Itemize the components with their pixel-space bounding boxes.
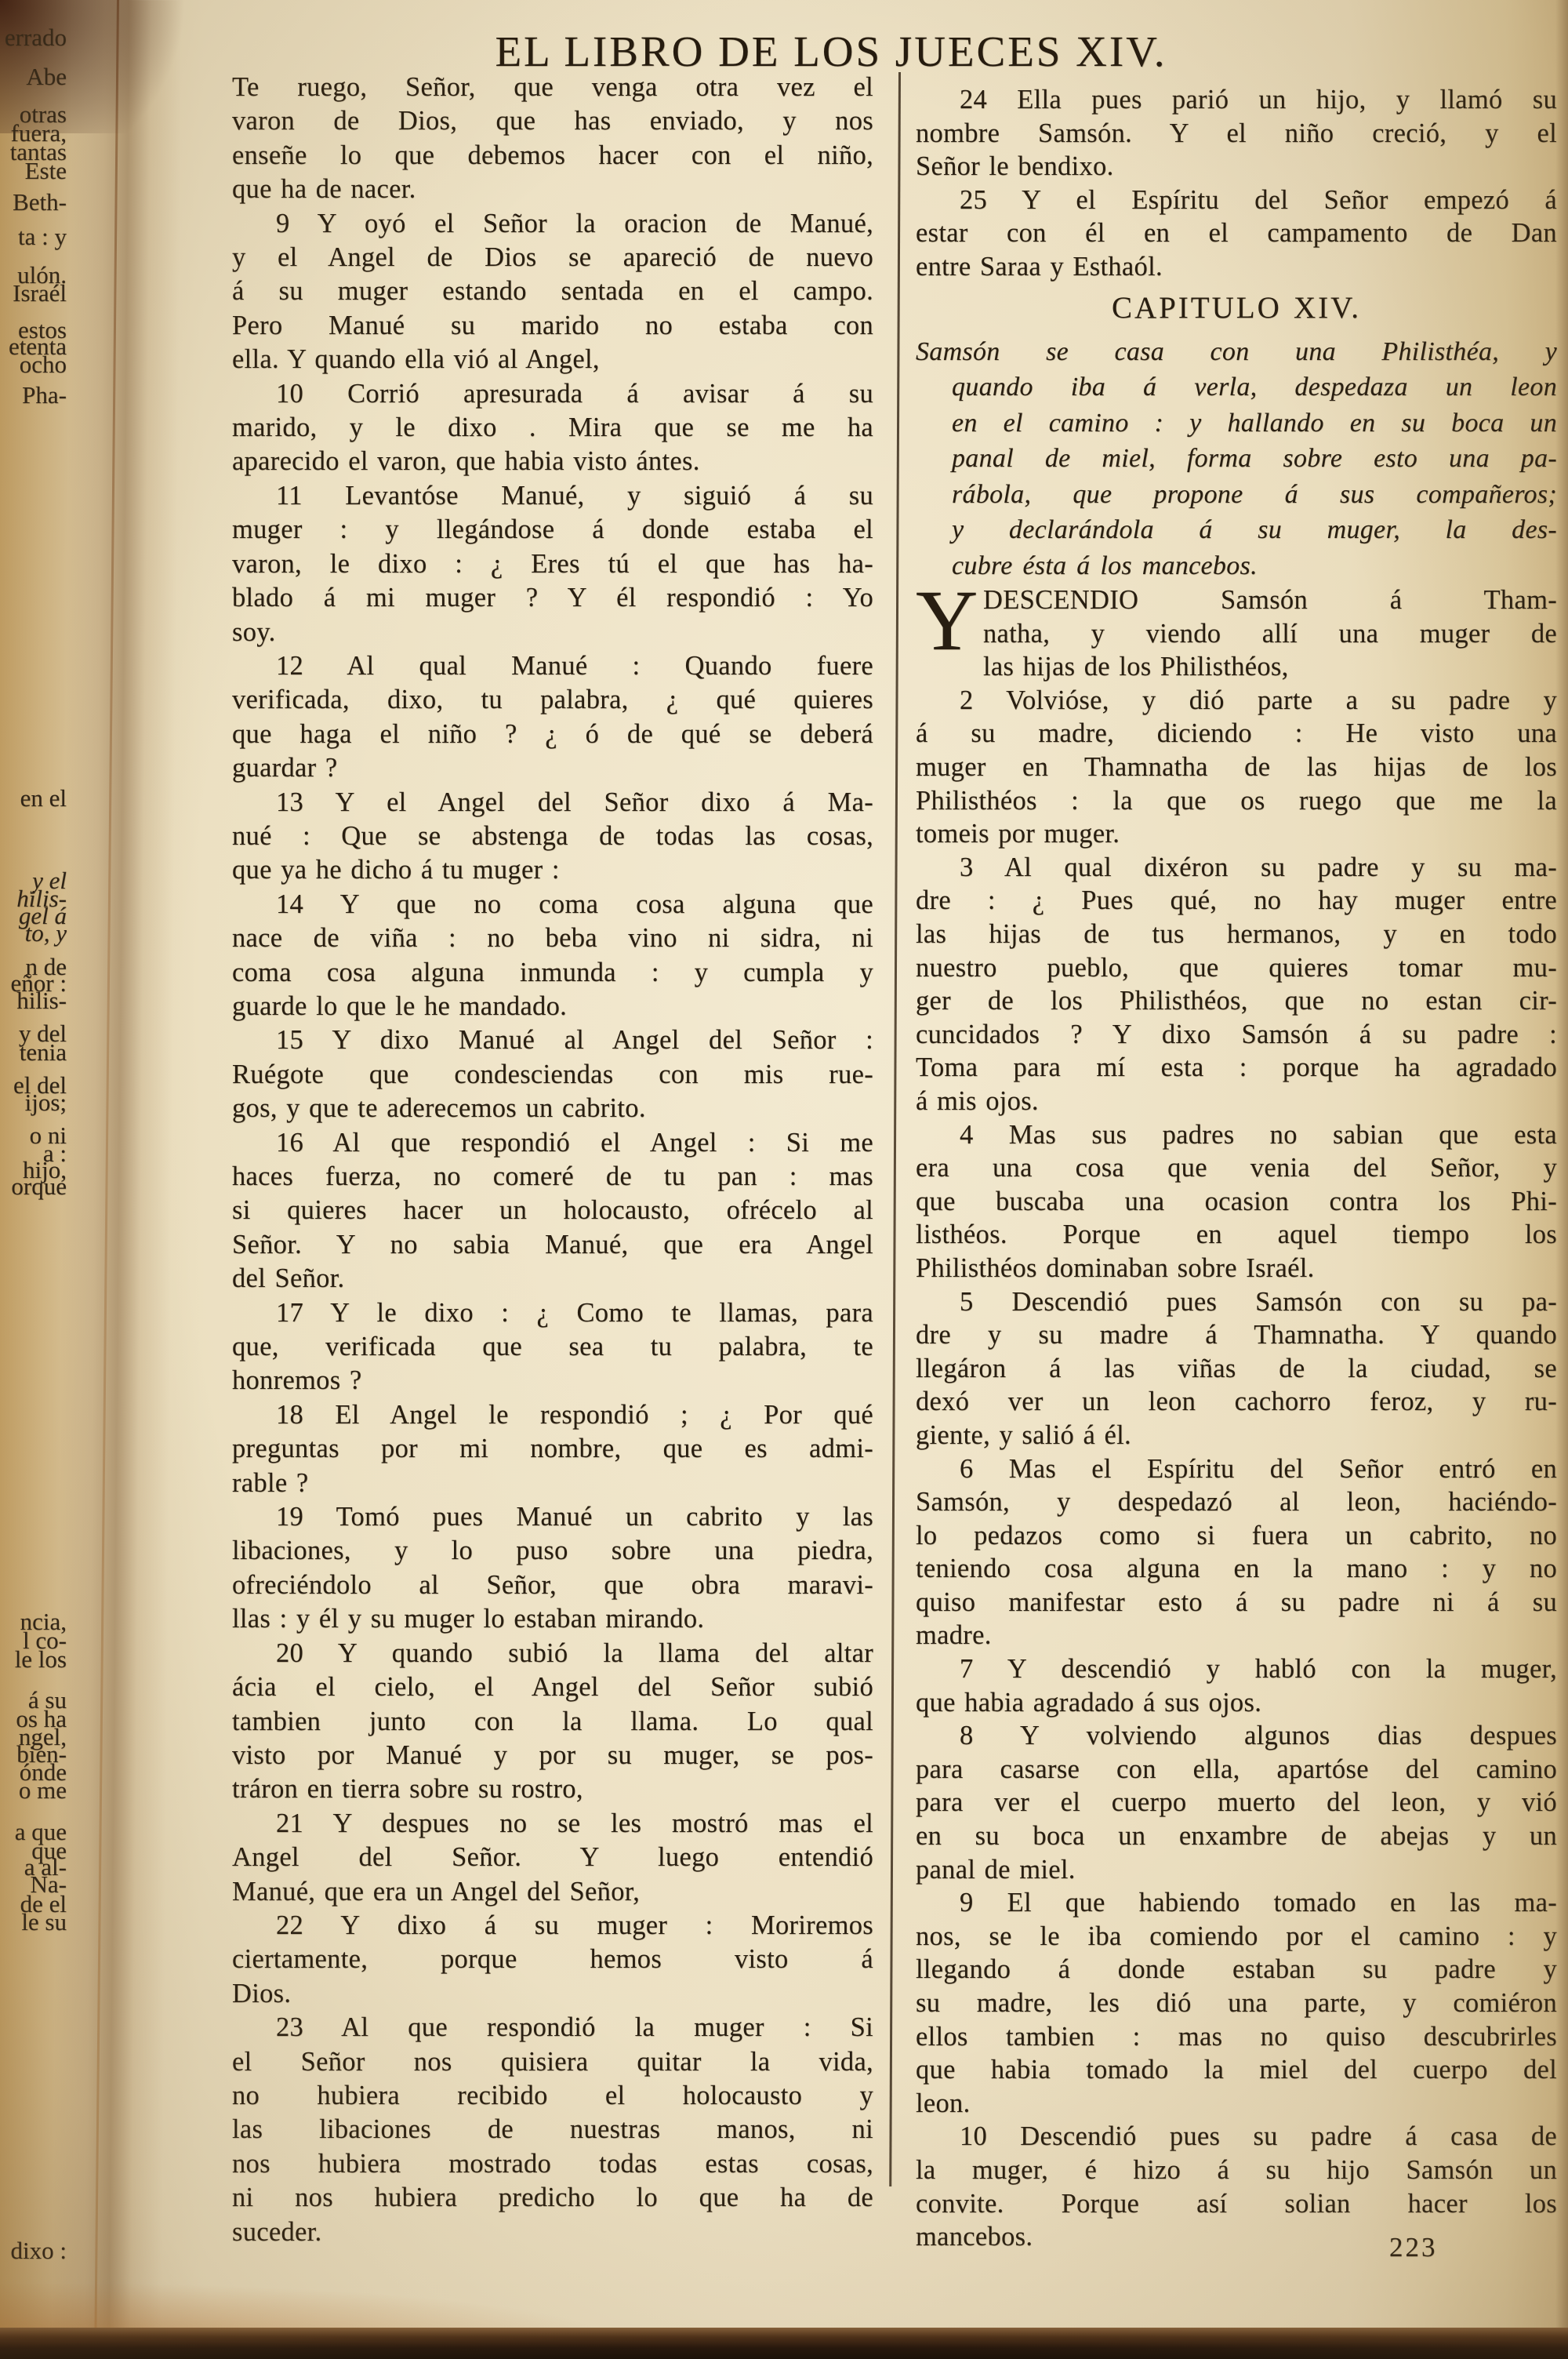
margin-fragment: le los xyxy=(15,1645,67,1674)
text-line: leon. xyxy=(916,2087,1557,2121)
text-line: 10 Descendió pues su padre á casa de xyxy=(916,2120,1557,2154)
text-line: ger de los Philisthéos, que no estan cir… xyxy=(916,984,1557,1018)
text-line: 16 Al que respondió el Angel : Si me xyxy=(232,1126,873,1160)
text-line: Manué, que era un Angel del Señor, xyxy=(232,1875,873,1909)
verse-paragraph: 20 Y quando subió la llama del altarácia… xyxy=(232,1637,873,1807)
verse-paragraph: 11 Levantóse Manué, y siguió á sumuger :… xyxy=(232,479,873,649)
text-line: verificada, dixo, tu palabra, ¿ qué quie… xyxy=(232,683,873,717)
text-line: si quieres hacer un holocausto, ofrécelo… xyxy=(232,1194,873,1227)
verse-paragraph: 12 Al qual Manué : Quando fuereverificad… xyxy=(232,649,873,786)
text-line: Ruégote que condesciendas con mis rue- xyxy=(232,1058,873,1092)
text-line: soy. xyxy=(232,616,873,649)
text-line: 24 Ella pues parió un hijo, y llamó su xyxy=(916,83,1557,117)
text-line: marido, y le dixo . Mira que se me ha xyxy=(232,411,873,445)
verse-paragraph: 21 Y despues no se les mostró mas elAnge… xyxy=(232,1807,873,1909)
text-line: para casarse con ella, apartóse del cami… xyxy=(916,1753,1557,1787)
text-line: 19 Tomó pues Manué un cabrito y las xyxy=(232,1500,873,1534)
text-line: las hijas de los Philisthéos, xyxy=(916,650,1557,684)
text-line: DESCENDIO Samsón á Tham- xyxy=(916,583,1557,617)
margin-fragment: Israél xyxy=(13,279,67,307)
verse-paragraph: 25 Y el Espíritu del Señor empezó áestar… xyxy=(916,184,1557,284)
text-line: teniendo cosa alguna en la mano : y no xyxy=(916,1552,1557,1586)
text-line: ellos tambien : mas no quiso descubrirle… xyxy=(916,2020,1557,2054)
text-line: estar con él en el campamento de Dan xyxy=(916,216,1557,250)
text-line: que ha de nacer. xyxy=(232,173,873,206)
text-line: que habia tomado la miel del cuerpo del xyxy=(916,2053,1557,2087)
text-line: que, verificada que sea tu palabra, te xyxy=(232,1330,873,1364)
text-line: varon, le dixo : ¿ Eres tú el que has ha… xyxy=(232,547,873,581)
text-line: 2 Volvióse, y dió parte a su padre y xyxy=(916,684,1557,718)
text-line: haces fuerza, no comeré de tu pan : mas xyxy=(232,1160,873,1194)
verse-paragraph: 13 Y el Angel del Señor dixo á Ma-nué : … xyxy=(232,786,873,888)
right-edge-shadow xyxy=(1555,0,1568,2359)
text-line: que ya he dicho á tu muger : xyxy=(232,853,873,887)
text-line: 22 Y dixo á su muger : Moriremos xyxy=(232,1909,873,1943)
text-line: que habia agradado á sus ojos. xyxy=(916,1686,1557,1720)
margin-fragment: ijos; xyxy=(25,1089,67,1117)
text-line: 9 El que habiendo tomado en las ma- xyxy=(916,1886,1557,1920)
text-line: 9 Y oyó el Señor la oracion de Manué, xyxy=(232,207,873,241)
text-line: la muger, é hizo á su hijo Samsón un xyxy=(916,2154,1557,2187)
text-line: Señor le bendixo. xyxy=(916,150,1557,184)
text-line: llegáron á las viñas de la ciudad, se xyxy=(916,1352,1557,1386)
text-line: llegando á donde estaban su padre y xyxy=(916,1953,1557,1986)
drop-cap: Y xyxy=(916,588,972,654)
margin-fragment: Beth- xyxy=(13,188,67,216)
text-line: Dios. xyxy=(232,1977,873,2011)
text-line: á su madre, diciendo : He visto una xyxy=(916,717,1557,751)
text-line: aparecido el varon, que habia visto ánte… xyxy=(232,445,873,478)
text-line: guardar ? xyxy=(232,751,873,785)
text-line: nué : Que se abstenga de todas las cosas… xyxy=(232,820,873,853)
left-column: Te ruego, Señor, que venga otra vez elva… xyxy=(232,71,873,2249)
gutter-shadow xyxy=(52,0,182,2359)
text-line: nuestro pueblo, que quieres tomar mu- xyxy=(916,951,1557,985)
text-line: Samsón se casa con una Philisthéa, y xyxy=(916,334,1557,370)
margin-fragment: Pha- xyxy=(22,381,67,409)
text-line: en el camino : y hallando en su boca un xyxy=(952,405,1557,442)
text-line: 10 Corrió apresurada á avisar á su xyxy=(232,377,873,411)
text-line: dre y su madre á Thamnatha. Y quando xyxy=(916,1318,1557,1352)
text-line: 21 Y despues no se les mostró mas el xyxy=(232,1807,873,1841)
text-line: del Señor. xyxy=(232,1262,873,1296)
text-line: á su muger estando sentada en el campo. xyxy=(232,274,873,308)
verse-paragraph: 9 El que habiendo tomado en las ma-nos, … xyxy=(916,1886,1557,2120)
text-line: gos, y que te aderecemos un cabrito. xyxy=(232,1092,873,1125)
text-line: Pero Manué su marido no estaba con xyxy=(232,309,873,343)
text-line: listhéos. Porque en aquel tiempo los xyxy=(916,1218,1557,1252)
text-line: Angel del Señor. Y luego entendió xyxy=(232,1841,873,1874)
text-line: madre. xyxy=(916,1619,1557,1652)
verse-paragraph: 10 Descendió pues su padre á casa dela m… xyxy=(916,2120,1557,2253)
text-line: guarde lo que le he mandado. xyxy=(232,990,873,1023)
text-line: 12 Al qual Manué : Quando fuere xyxy=(232,649,873,683)
text-line: muger en Thamnatha de las hijas de los xyxy=(916,751,1557,784)
text-line: panal de miel. xyxy=(916,1853,1557,1887)
text-line: y el Angel de Dios se apareció de nuevo xyxy=(232,241,873,274)
text-line: tambien junto con la llama. Lo qual xyxy=(232,1705,873,1739)
text-line: convite. Porque así solian hacer los xyxy=(916,2187,1557,2221)
text-line: 20 Y quando subió la llama del altar xyxy=(232,1637,873,1670)
text-line: 15 Y dixo Manué al Angel del Señor : xyxy=(232,1023,873,1057)
text-line: 18 El Angel le respondió ; ¿ Por qué xyxy=(232,1398,873,1432)
text-line: Philisthéos : la que os ruego que me la xyxy=(916,784,1557,818)
page-number: 223 xyxy=(1389,2232,1438,2263)
text-line: que buscaba una ocasion contra los Phi- xyxy=(916,1185,1557,1219)
text-line: y declarándola á su muger, la des- xyxy=(952,512,1557,548)
verse-paragraph: 10 Corrió apresurada á avisar á sumarido… xyxy=(232,377,873,479)
text-line: rábola, que propone á sus compañeros; xyxy=(952,477,1557,513)
text-line: cuncidados ? Y dixo Samsón á su padre : xyxy=(916,1018,1557,1052)
text-line: era una cosa que venia del Señor, y xyxy=(916,1151,1557,1185)
text-line: dexó ver un leon cachorro feroz, y ru- xyxy=(916,1385,1557,1419)
text-line: para ver el cuerpo muerto del leon, y vi… xyxy=(916,1786,1557,1819)
text-line: ciertamente, porque hemos visto á xyxy=(232,1943,873,1976)
verse-paragraph: 17 Y le dixo : ¿ Como te llamas, paraque… xyxy=(232,1296,873,1398)
text-line: nos hubiera mostrado todas estas cosas, xyxy=(232,2147,873,2181)
margin-fragment: Este xyxy=(25,157,67,185)
verse-paragraph: 14 Y que no coma cosa alguna quenace de … xyxy=(232,888,873,1024)
text-line: suceder. xyxy=(232,2215,873,2249)
text-line: enseñe lo que debemos hacer con el niño, xyxy=(232,139,873,173)
text-line: el Señor nos quisiera quitar la vida, xyxy=(232,2045,873,2079)
text-line: ella. Y quando ella vió al Angel, xyxy=(232,343,873,376)
verse-paragraph: 23 Al que respondió la muger : Siel Seño… xyxy=(232,2011,873,2249)
margin-fragment: errado xyxy=(5,24,67,52)
text-line: 8 Y volviendo algunos dias despues xyxy=(916,1719,1557,1753)
text-line: su madre, les dió una parte, y comiéron xyxy=(916,1986,1557,2020)
text-line: preguntas por mi nombre, que es admi- xyxy=(232,1432,873,1466)
text-line: 25 Y el Espíritu del Señor empezó á xyxy=(916,184,1557,217)
text-line: 11 Levantóse Manué, y siguió á su xyxy=(232,479,873,513)
chapter-summary: Samsón se casa con una Philisthéa, yquan… xyxy=(916,334,1557,584)
text-line: 13 Y el Angel del Señor dixo á Ma- xyxy=(232,786,873,820)
verse-paragraph: 19 Tomó pues Manué un cabrito y laslibac… xyxy=(232,1500,873,1637)
text-line: 6 Mas el Espíritu del Señor entró en xyxy=(916,1452,1557,1486)
page-title: EL LIBRO DE LOS JUECES XIV. xyxy=(149,27,1513,76)
verse-paragraph: 22 Y dixo á su muger : Moriremosciertame… xyxy=(232,1909,873,2011)
text-line: tomeis por muger. xyxy=(916,817,1557,851)
verse-paragraph: 3 Al qual dixéron su padre y su ma-dre :… xyxy=(916,851,1557,1118)
text-line: varon de Dios, que has enviado, y nos xyxy=(232,104,873,138)
verse-paragraph: 4 Mas sus padres no sabian que estaera u… xyxy=(916,1118,1557,1285)
margin-fragment: Abe xyxy=(26,63,67,91)
verse-paragraph: 9 Y oyó el Señor la oracion de Manué,y e… xyxy=(232,207,873,377)
text-line: libaciones, y lo puso sobre una piedra, xyxy=(232,1534,873,1568)
text-line: ácia el cielo, el Angel del Señor subió xyxy=(232,1670,873,1704)
text-line: 3 Al qual dixéron su padre y su ma- xyxy=(916,851,1557,885)
text-line: quiso manifestar esto á su padre ni á su xyxy=(916,1586,1557,1619)
margin-fragment: orque xyxy=(11,1172,67,1201)
text-line: lo pedazos como si fuera un cabrito, no xyxy=(916,1519,1557,1553)
verse-paragraph: 5 Descendió pues Samsón con su pa-dre y … xyxy=(916,1285,1557,1452)
text-line: nos, se le iba comiendo por el camino : … xyxy=(916,1920,1557,1954)
text-line: á mis ojos. xyxy=(916,1085,1557,1118)
verse-paragraph: 16 Al que respondió el Angel : Si mehace… xyxy=(232,1126,873,1296)
verse-paragraph: YDESCENDIO Samsón á Tham-natha, y viendo… xyxy=(916,583,1557,684)
text-line: Señor. Y no sabia Manué, que era Angel xyxy=(232,1228,873,1262)
text-line: blado á mi muger ? Y él respondió : Yo xyxy=(232,581,873,615)
margin-fragment: to, y xyxy=(25,919,67,947)
text-line: las hijas de tus hermanos, y en todo xyxy=(916,918,1557,951)
margin-fragment: ta : y xyxy=(18,223,67,251)
verse-paragraph: 24 Ella pues parió un hijo, y llamó suno… xyxy=(916,83,1557,184)
text-line: 17 Y le dixo : ¿ Como te llamas, para xyxy=(232,1296,873,1330)
text-line: 23 Al que respondió la muger : Si xyxy=(232,2011,873,2045)
text-line: 5 Descendió pues Samsón con su pa- xyxy=(916,1285,1557,1319)
facing-page-fragments: erradoAbeotrasfuera,tantasEsteBeth-ta : … xyxy=(0,0,71,2359)
text-line: las libaciones de nuestras manos, ni xyxy=(232,2113,873,2146)
margin-fragment: hilis- xyxy=(16,987,67,1015)
text-line: tráron en tierra sobre su rostro, xyxy=(232,1772,873,1806)
text-line: muger : y llegándose á donde estaba el xyxy=(232,513,873,547)
text-line: ofreciéndolo al Señor, que obra maravi- xyxy=(232,1568,873,1602)
text-line: rable ? xyxy=(232,1467,873,1500)
text-line: no hubiera recibido el holocausto y xyxy=(232,2079,873,2113)
text-line: 7 Y descendió y habló con la muger, xyxy=(916,1652,1557,1686)
text-line: natha, y viendo allí una muger de xyxy=(916,617,1557,651)
text-line: Samsón, y despedazó al leon, haciéndo- xyxy=(916,1485,1557,1519)
text-line: Philisthéos dominaban sobre Israél. xyxy=(916,1252,1557,1285)
text-line: honremos ? xyxy=(232,1364,873,1398)
text-line: entre Saraa y Esthaól. xyxy=(916,250,1557,284)
text-line: coma cosa alguna inmunda : y cumpla y xyxy=(232,956,873,990)
margin-fragment: o me xyxy=(19,1776,67,1805)
text-line: en su boca un enxambre de abejas y un xyxy=(916,1819,1557,1853)
bottom-edge xyxy=(0,2328,1568,2359)
text-line: nace de viña : no beba vino ni sidra, ni xyxy=(232,921,873,955)
verse-paragraph: 8 Y volviendo algunos dias despuespara c… xyxy=(916,1719,1557,1886)
text-line: que haga el niño ? ¿ ó de qué se deberá xyxy=(232,718,873,751)
margin-fragment: en el xyxy=(20,784,67,812)
chapter-heading: CAPITULO XIV. xyxy=(916,289,1557,328)
verse-paragraph: 6 Mas el Espíritu del Señor entró enSams… xyxy=(916,1452,1557,1653)
text-line: visto por Manué y por su muger, se pos- xyxy=(232,1739,873,1772)
text-line: panal de miel, forma sobre esto una pa- xyxy=(952,441,1557,477)
margin-fragment: le su xyxy=(21,1908,67,1936)
right-column: 24 Ella pues parió un hijo, y llamó suno… xyxy=(916,83,1557,2254)
text-line: nombre Samsón. Y el niño creció, y el xyxy=(916,117,1557,151)
text-line: ni nos hubiera predicho lo que ha de xyxy=(232,2181,873,2215)
text-line: llas : y él y su muger lo estaban mirand… xyxy=(232,1602,873,1636)
text-line: mancebos. xyxy=(916,2220,1557,2254)
verse-paragraph: 15 Y dixo Manué al Angel del Señor :Ruég… xyxy=(232,1023,873,1125)
text-line: giente, y salió á él. xyxy=(916,1419,1557,1452)
text-line: dre : ¿ Pues qué, no hay muger entre xyxy=(916,884,1557,918)
text-line: 14 Y que no coma cosa alguna que xyxy=(232,888,873,921)
margin-fragment: ocho xyxy=(20,351,67,379)
verse-paragraph: 7 Y descendió y habló con la muger,que h… xyxy=(916,1652,1557,1719)
text-line: quando iba á verla, despedaza un leon xyxy=(952,369,1557,405)
verse-paragraph: Te ruego, Señor, que venga otra vez elva… xyxy=(232,71,873,207)
verse-paragraph: 2 Volvióse, y dió parte a su padre yá su… xyxy=(916,684,1557,851)
margin-fragment: dixo : xyxy=(11,2237,67,2265)
text-line: cubre ésta á los mancebos. xyxy=(952,548,1557,584)
text-line: Toma para mí esta : porque ha agradado xyxy=(916,1051,1557,1085)
margin-fragment: tenia xyxy=(20,1038,67,1067)
verse-paragraph: 18 El Angel le respondió ; ¿ Por quépreg… xyxy=(232,1398,873,1500)
text-line: Te ruego, Señor, que venga otra vez el xyxy=(232,71,873,104)
text-line: 4 Mas sus padres no sabian que esta xyxy=(916,1118,1557,1152)
